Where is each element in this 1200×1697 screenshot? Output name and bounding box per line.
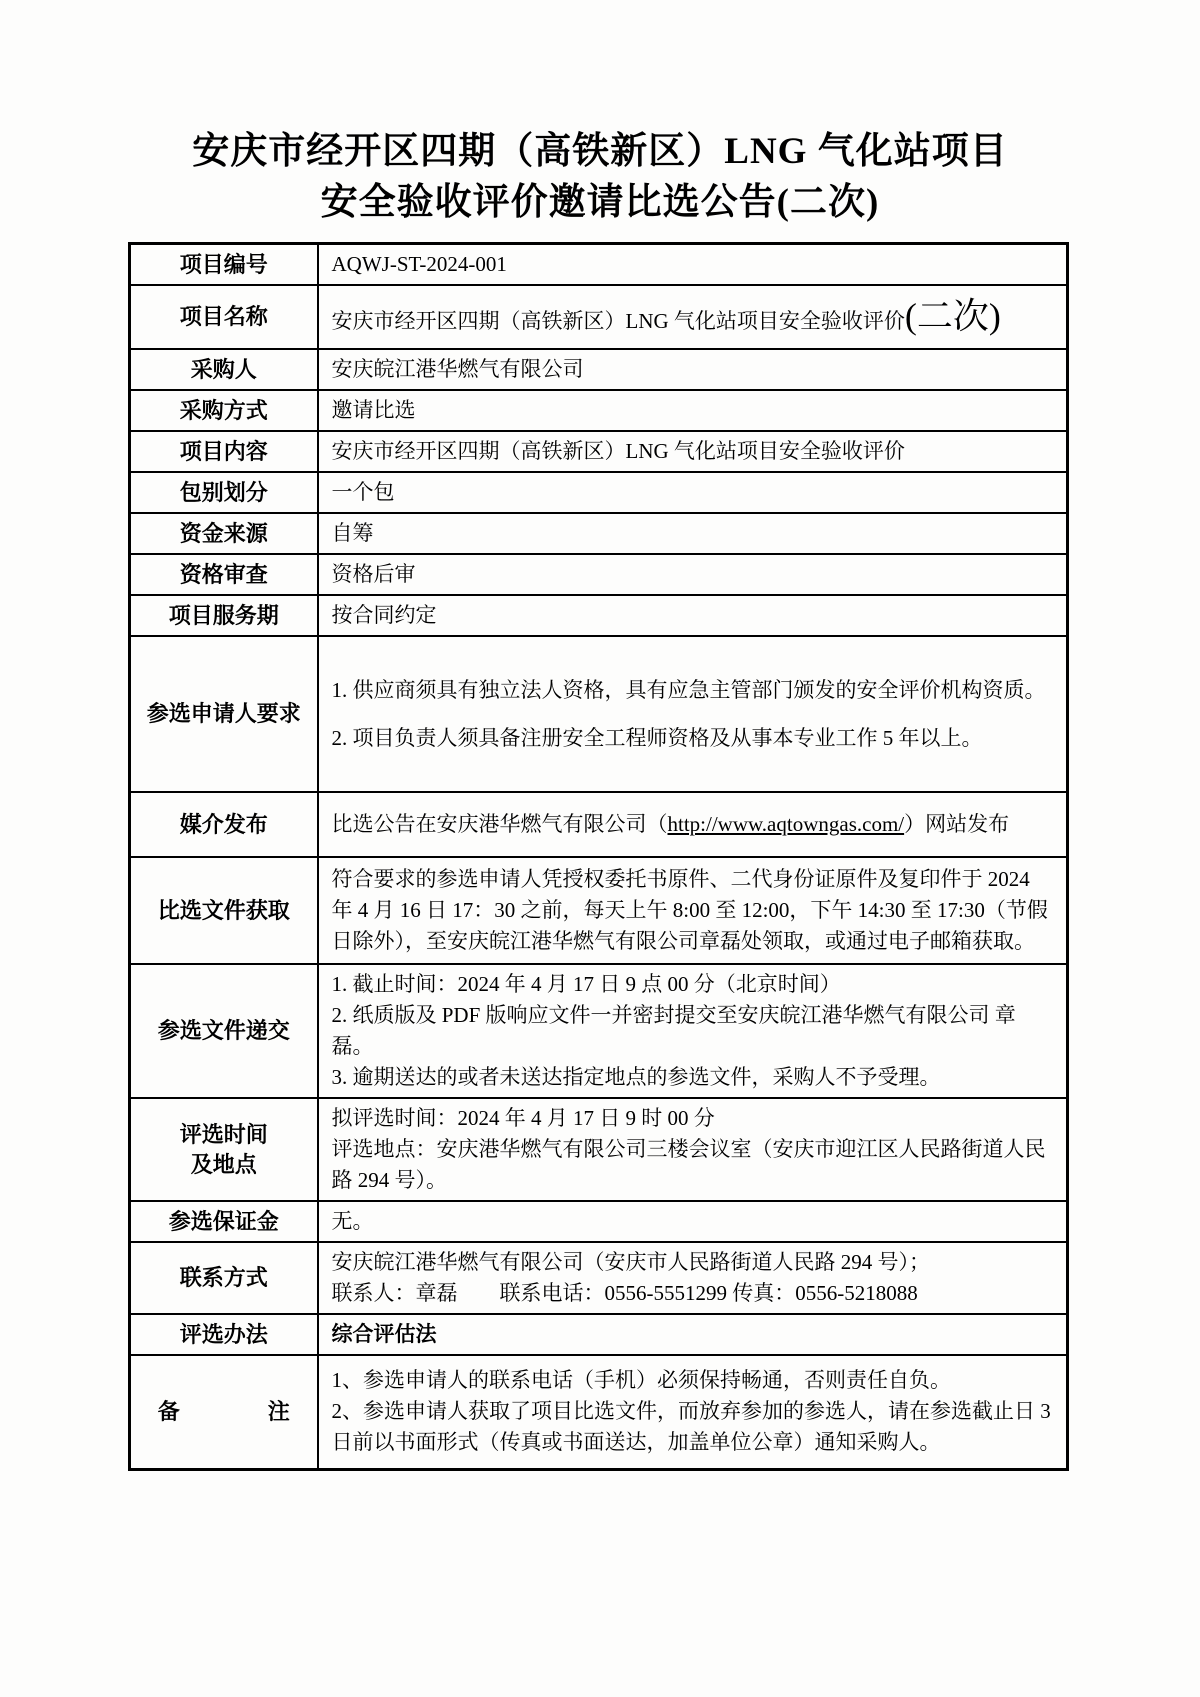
row-label: 资金来源 [130, 513, 318, 554]
row-label: 比选文件获取 [130, 857, 318, 964]
row-value: 1. 供应商须具有独立法人资格，具有应急主管部门颁发的安全评价机构资质。 2. … [318, 636, 1068, 792]
row-evaluation-method: 评选办法 综合评估法 [130, 1314, 1068, 1355]
row-label: 备 注 [130, 1355, 318, 1469]
contact-person-phone: 联系人：章磊 联系电话：0556-5551299 传真：0556-5218088 [332, 1278, 1053, 1309]
row-value: 安庆皖江港华燃气有限公司 [318, 349, 1068, 390]
document-title-line-1: 安庆市经开区四期（高铁新区）LNG 气化站项目 [0, 126, 1200, 177]
row-value: 综合评估法 [318, 1314, 1068, 1355]
row-funding-source: 资金来源 自筹 [130, 513, 1068, 554]
row-qualification-review: 资格审查 资格后审 [130, 554, 1068, 595]
row-label: 项目名称 [130, 285, 318, 349]
project-name-second-round-note: (二次) [905, 296, 1001, 336]
row-value: 邀请比选 [318, 390, 1068, 431]
row-media-release: 媒介发布 比选公告在安庆港华燃气有限公司（http://www.aqtownga… [130, 792, 1068, 857]
row-document-acquisition: 比选文件获取 符合要求的参选申请人凭授权委托书原件、二代身份证原件及复印件于 2… [130, 857, 1068, 964]
document-page: 安庆市经开区四期（高铁新区）LNG 气化站项目 安全验收评价邀请比选公告(二次)… [0, 0, 1200, 1697]
evaluation-time: 拟评选时间：2024 年 4 月 17 日 9 时 00 分 [332, 1103, 1053, 1134]
row-applicant-requirements: 参选申请人要求 1. 供应商须具有独立法人资格，具有应急主管部门颁发的安全评价机… [130, 636, 1068, 792]
row-contact-info: 联系方式 安庆皖江港华燃气有限公司（安庆市人民路街道人民路 294 号）； 联系… [130, 1242, 1068, 1314]
document-title: 安庆市经开区四期（高铁新区）LNG 气化站项目 安全验收评价邀请比选公告(二次) [0, 126, 1200, 228]
project-name-text: 安庆市经开区四期（高铁新区）LNG 气化站项目安全验收评价 [332, 309, 905, 333]
row-label: 参选保证金 [130, 1201, 318, 1242]
row-purchase-method: 采购方式 邀请比选 [130, 390, 1068, 431]
row-project-name: 项目名称 安庆市经开区四期（高铁新区）LNG 气化站项目安全验收评价(二次) [130, 285, 1068, 349]
row-remarks: 备 注 1、参选申请人的联系电话（手机）必须保持畅通，否则责任自负。 2、参选申… [130, 1355, 1068, 1469]
evaluation-place: 评选地点：安庆港华燃气有限公司三楼会议室（安庆市迎江区人民路街道人民路 294 … [332, 1134, 1053, 1196]
media-release-prefix: 比选公告在安庆港华燃气有限公司（ [332, 812, 668, 836]
row-value: AQWJ-ST-2024-001 [318, 244, 1068, 286]
row-value: 安庆市经开区四期（高铁新区）LNG 气化站项目安全验收评价(二次) [318, 285, 1068, 349]
website-link[interactable]: http://www.aqtowngas.com/ [668, 812, 905, 836]
row-label: 项目内容 [130, 431, 318, 472]
row-value: 拟评选时间：2024 年 4 月 17 日 9 时 00 分 评选地点：安庆港华… [318, 1098, 1068, 1201]
row-purchaser: 采购人 安庆皖江港华燃气有限公司 [130, 349, 1068, 390]
row-project-content: 项目内容 安庆市经开区四期（高铁新区）LNG 气化站项目安全验收评价 [130, 431, 1068, 472]
requirement-item-1: 1. 供应商须具有独立法人资格，具有应急主管部门颁发的安全评价机构资质。 [332, 675, 1053, 706]
row-label: 参选申请人要求 [130, 636, 318, 792]
row-value: 一个包 [318, 472, 1068, 513]
row-label: 项目编号 [130, 244, 318, 286]
row-label: 媒介发布 [130, 792, 318, 857]
row-value: 安庆市经开区四期（高铁新区）LNG 气化站项目安全验收评价 [318, 431, 1068, 472]
row-deposit: 参选保证金 无。 [130, 1201, 1068, 1242]
contact-address: 安庆皖江港华燃气有限公司（安庆市人民路街道人民路 294 号）； [332, 1247, 1053, 1278]
row-value: 符合要求的参选申请人凭授权委托书原件、二代身份证原件及复印件于 2024 年 4… [318, 857, 1068, 964]
row-value: 比选公告在安庆港华燃气有限公司（http://www.aqtowngas.com… [318, 792, 1068, 857]
notice-table: 项目编号 AQWJ-ST-2024-001 项目名称 安庆市经开区四期（高铁新区… [128, 242, 1069, 1471]
requirement-item-2: 2. 项目负责人须具备注册安全工程师资格及从事本专业工作 5 年以上。 [332, 723, 1053, 754]
row-document-submission: 参选文件递交 1. 截止时间：2024 年 4 月 17 日 9 点 00 分（… [130, 964, 1068, 1098]
row-value: 1、参选申请人的联系电话（手机）必须保持畅通，否则责任自负。 2、参选申请人获取… [318, 1355, 1068, 1469]
row-value: 1. 截止时间：2024 年 4 月 17 日 9 点 00 分（北京时间） 2… [318, 964, 1068, 1098]
row-label: 项目服务期 [130, 595, 318, 636]
document-title-line-2: 安全验收评价邀请比选公告(二次) [0, 177, 1200, 228]
row-label: 资格审查 [130, 554, 318, 595]
submission-item-1: 1. 截止时间：2024 年 4 月 17 日 9 点 00 分（北京时间） [332, 969, 1053, 1000]
row-label: 包别划分 [130, 472, 318, 513]
row-value: 自筹 [318, 513, 1068, 554]
row-value: 安庆皖江港华燃气有限公司（安庆市人民路街道人民路 294 号）； 联系人：章磊 … [318, 1242, 1068, 1314]
remark-item-1: 1、参选申请人的联系电话（手机）必须保持畅通，否则责任自负。 [332, 1365, 1053, 1396]
row-label: 联系方式 [130, 1242, 318, 1314]
row-value: 资格后审 [318, 554, 1068, 595]
submission-item-3: 3. 逾期送达的或者未送达指定地点的参选文件，采购人不予受理。 [332, 1062, 1053, 1093]
row-service-period: 项目服务期 按合同约定 [130, 595, 1068, 636]
row-label: 采购人 [130, 349, 318, 390]
submission-item-2: 2. 纸质版及 PDF 版响应文件一并密封提交至安庆皖江港华燃气有限公司 章磊。 [332, 1000, 1053, 1062]
row-evaluation-time-place: 评选时间 及地点 拟评选时间：2024 年 4 月 17 日 9 时 00 分 … [130, 1098, 1068, 1201]
row-label: 评选时间 及地点 [130, 1098, 318, 1201]
row-package-division: 包别划分 一个包 [130, 472, 1068, 513]
row-label: 采购方式 [130, 390, 318, 431]
row-label: 评选办法 [130, 1314, 318, 1355]
row-project-number: 项目编号 AQWJ-ST-2024-001 [130, 244, 1068, 286]
row-label: 参选文件递交 [130, 964, 318, 1098]
row-value: 无。 [318, 1201, 1068, 1242]
remark-item-2: 2、参选申请人获取了项目比选文件，而放弃参加的参选人，请在参选截止日 3 日前以… [332, 1396, 1053, 1458]
row-value: 按合同约定 [318, 595, 1068, 636]
media-release-suffix: ）网站发布 [904, 812, 1009, 836]
